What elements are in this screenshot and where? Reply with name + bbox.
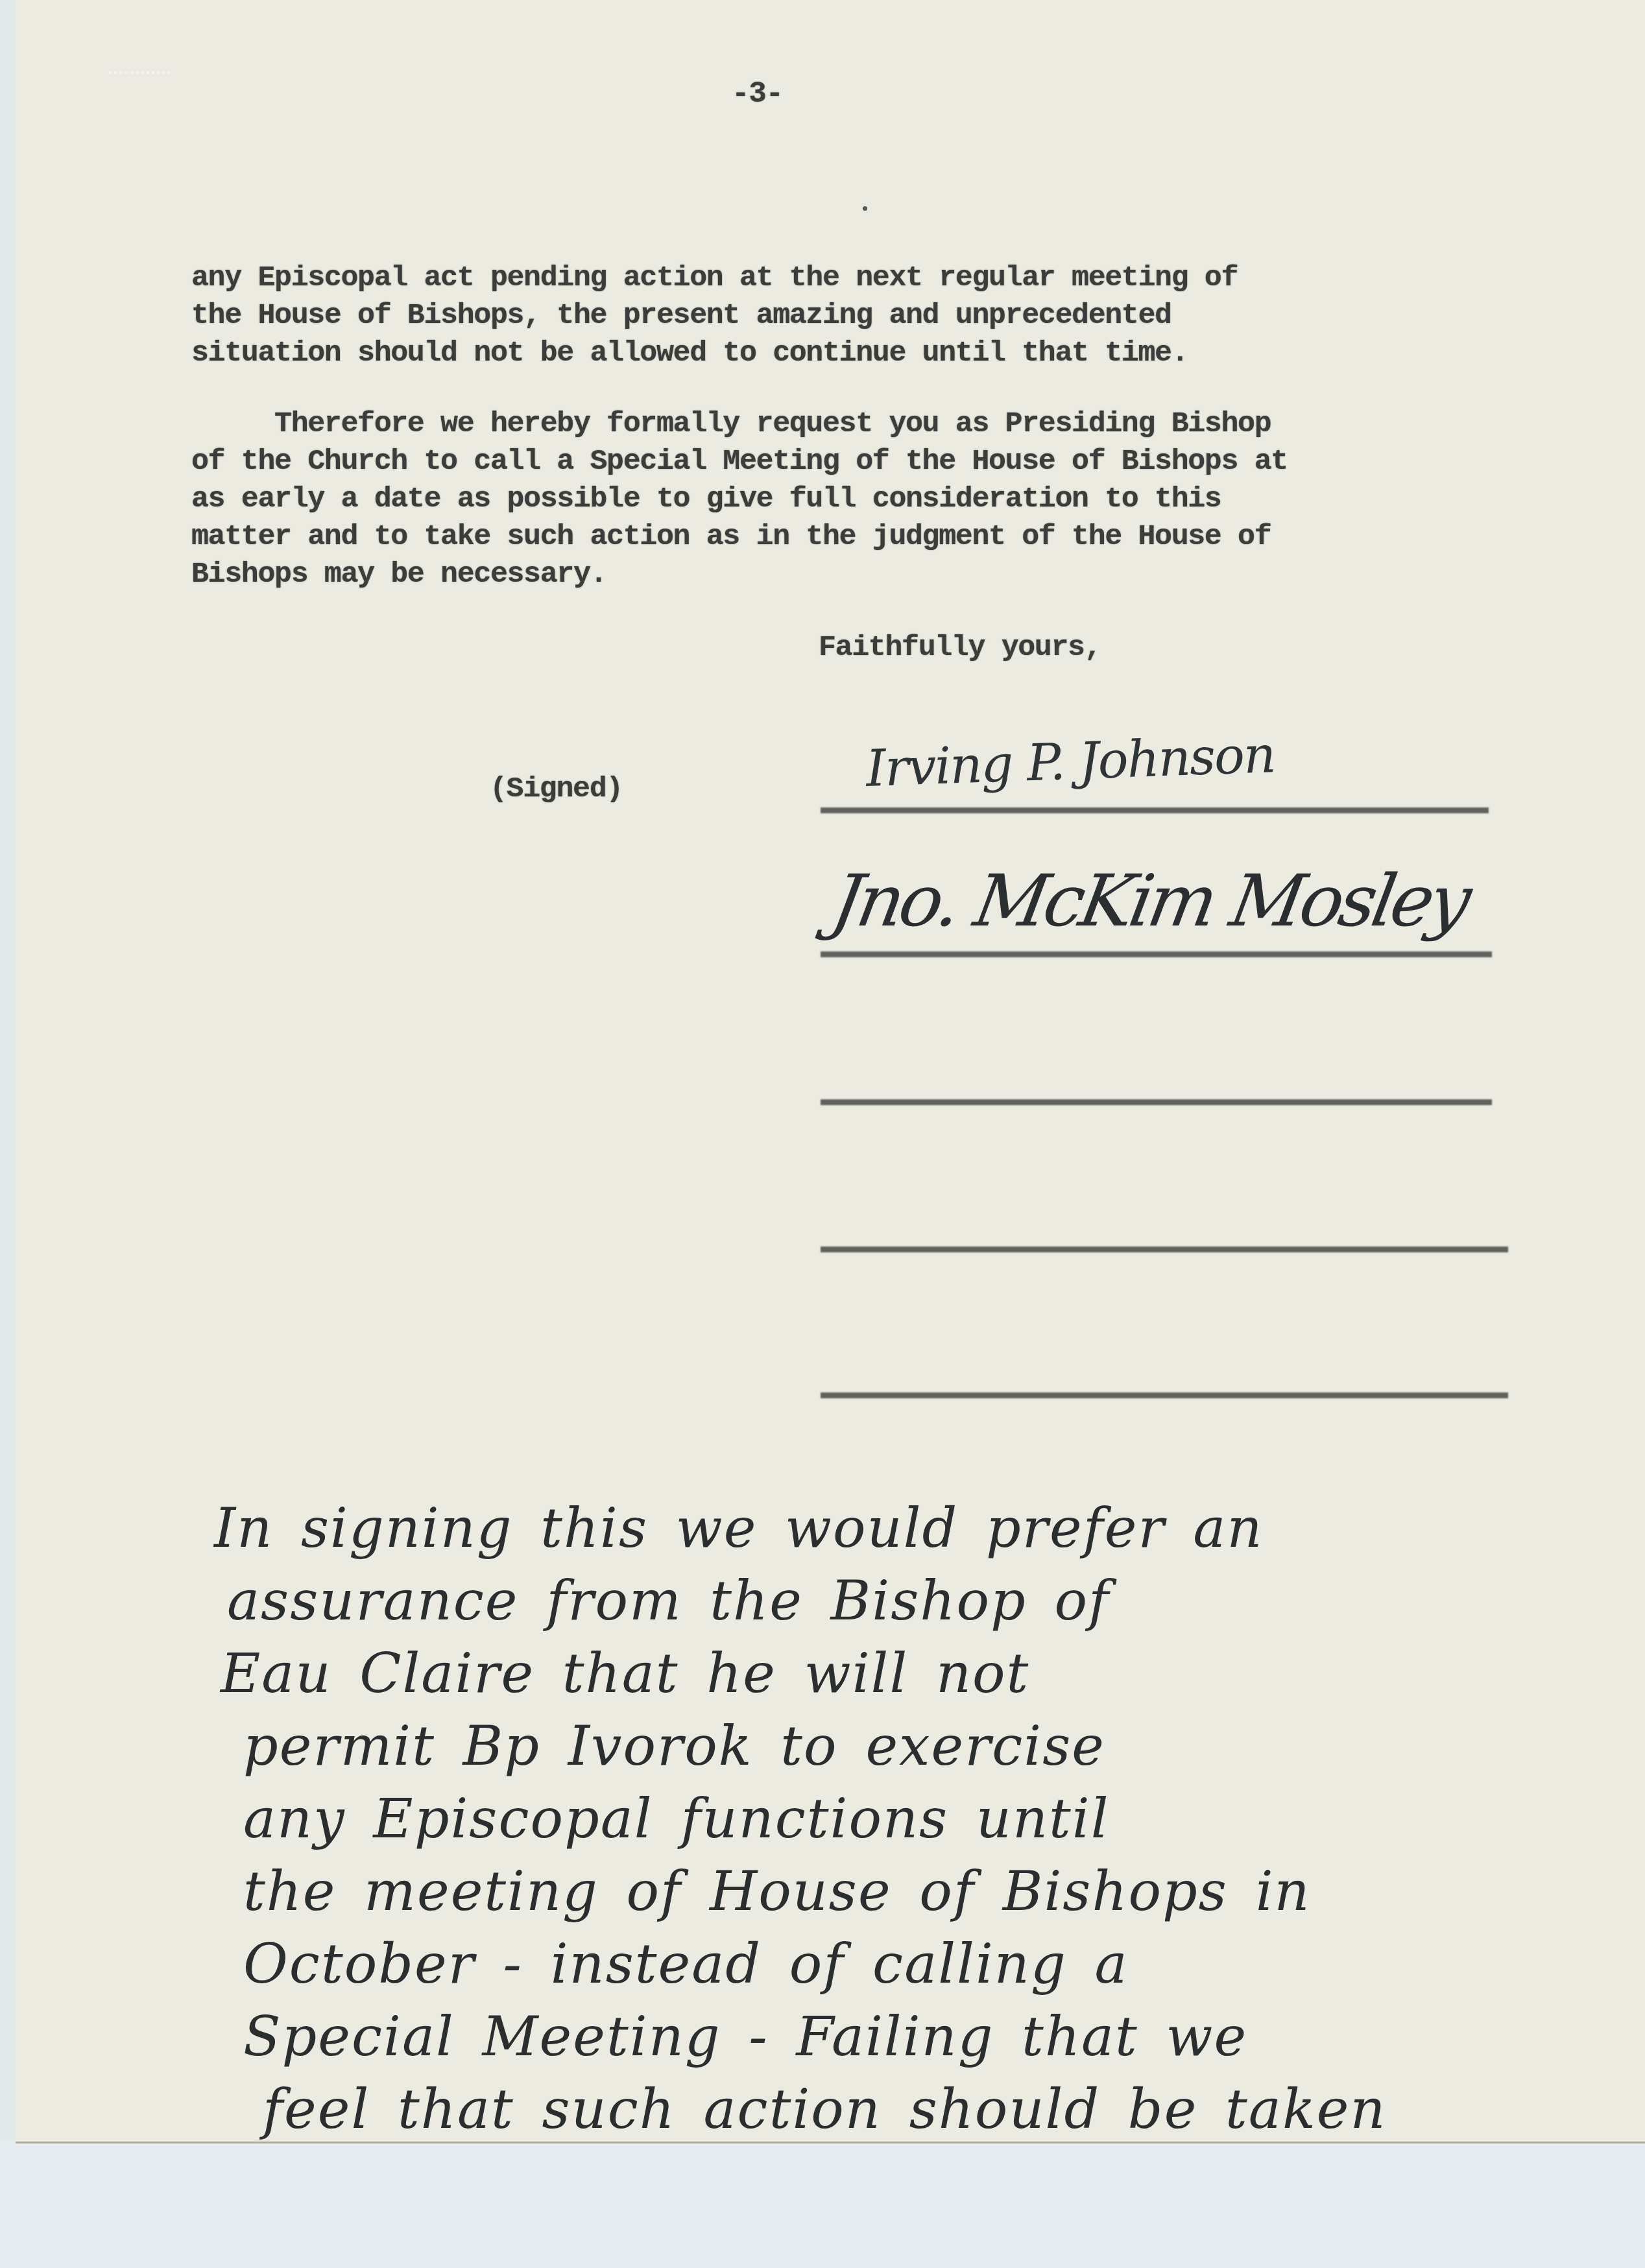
handwritten-line: permit Bp Ivorok to exercise bbox=[243, 1710, 1387, 1782]
text-line: of the Church to call a Special Meeting … bbox=[191, 445, 1288, 478]
signature-line-2 bbox=[821, 951, 1492, 957]
signature-line-3 bbox=[821, 1099, 1492, 1105]
text-line: Therefore we hereby formally request you… bbox=[191, 407, 1271, 440]
handwritten-line: October - instead of calling a bbox=[243, 1928, 1387, 2000]
text-line: as early a date as possible to give full… bbox=[191, 483, 1221, 516]
paper-damage-marks bbox=[109, 71, 171, 83]
handwritten-line: In signing this we would prefer an bbox=[214, 1492, 1387, 1564]
signed-label: (Signed) bbox=[490, 770, 623, 808]
signature-line-5 bbox=[821, 1392, 1508, 1398]
signature-line-4 bbox=[821, 1247, 1508, 1252]
page-number: -3- bbox=[732, 75, 783, 113]
handwritten-line: Eau Claire that he will not bbox=[221, 1637, 1387, 1710]
text-line: Bishops may be necessary. bbox=[191, 558, 606, 591]
signature-line-1 bbox=[821, 807, 1489, 813]
scanner-edge bbox=[0, 0, 16, 2142]
handwritten-line: feel that such action should be taken bbox=[263, 2073, 1387, 2145]
signature-mosley: Jno. McKim Mosley bbox=[826, 859, 1474, 942]
handwritten-line: assurance from the Bishop of bbox=[227, 1564, 1387, 1637]
handwritten-line: Special Meeting - Failing that we bbox=[243, 2000, 1387, 2073]
closing-salutation: Faithfully yours, bbox=[819, 629, 1101, 667]
ink-speck bbox=[863, 206, 867, 211]
handwritten-note: In signing this we would prefer an assur… bbox=[214, 1492, 1387, 2145]
handwritten-line: any Episcopal functions until bbox=[243, 1782, 1387, 1855]
paragraph-2: Therefore we hereby formally request you… bbox=[191, 405, 1288, 593]
text-line: the House of Bishops, the present amazin… bbox=[191, 299, 1171, 332]
text-line: situation should not be allowed to conti… bbox=[191, 337, 1188, 370]
handwritten-line: the meeting of House of Bishops in bbox=[243, 1855, 1387, 1928]
text-line: matter and to take such action as in the… bbox=[191, 520, 1271, 553]
paragraph-1: any Episcopal act pending action at the … bbox=[191, 259, 1238, 372]
text-line: any Episcopal act pending action at the … bbox=[191, 261, 1238, 294]
